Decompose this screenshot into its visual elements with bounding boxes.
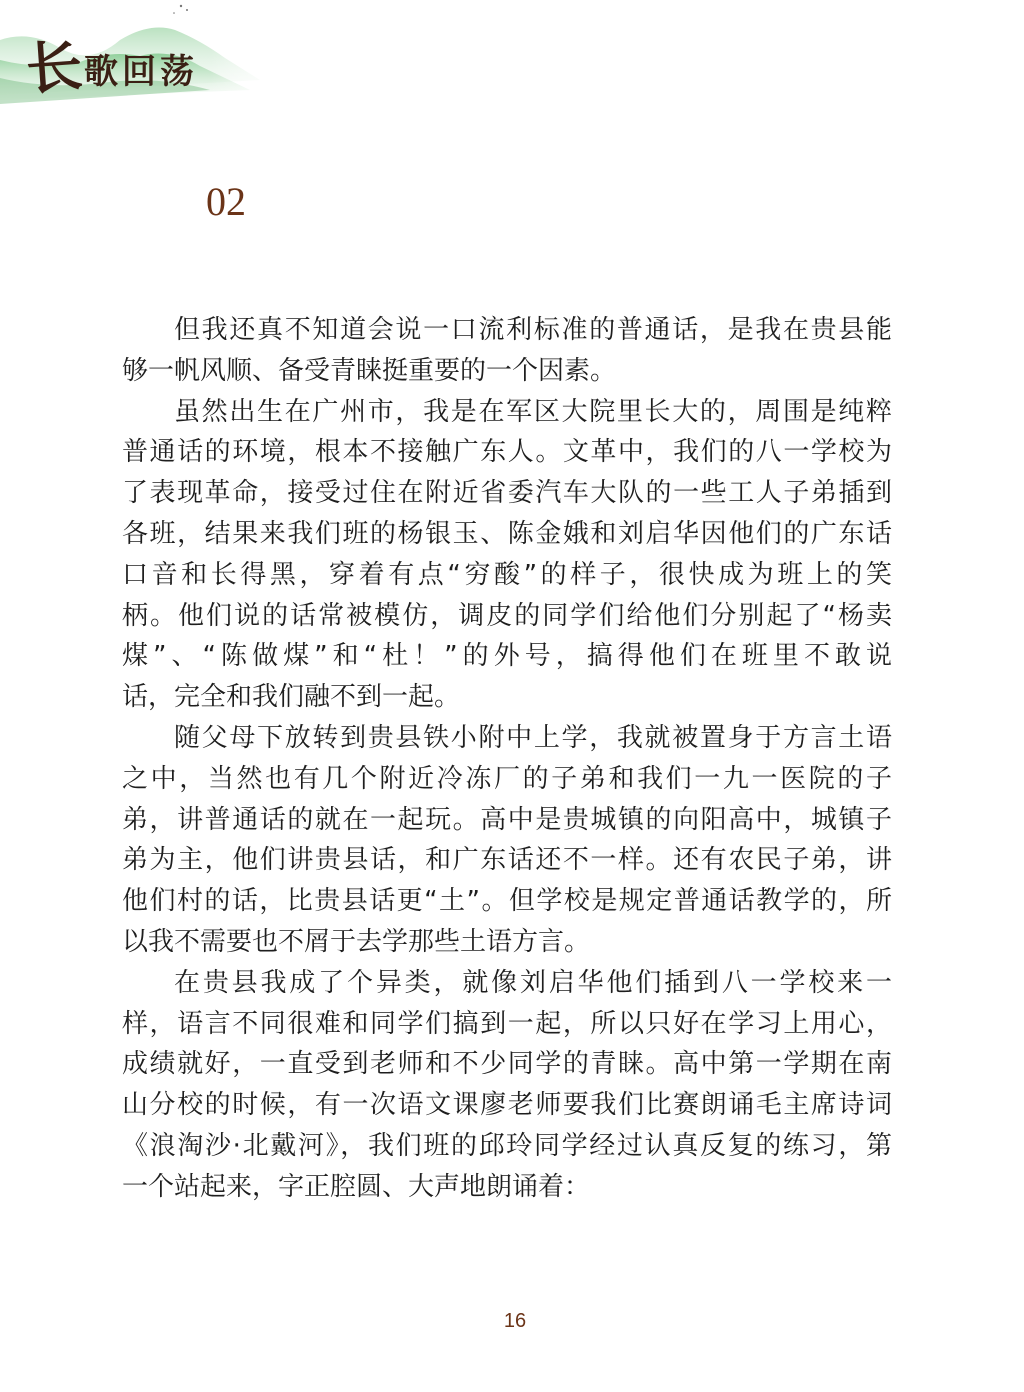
text-line: 煤”、“陈做煤”和“杜！”的外号，搞得他们在班里不敢说 (122, 636, 892, 677)
book-title: 长歌回荡 (26, 24, 198, 104)
body-text: 但我还真不知道会说一口流利标准的普通话，是我在贵县能 够一帆风顺、备受青睐挺重要… (122, 310, 892, 1208)
paragraph: 但我还真不知道会说一口流利标准的普通话，是我在贵县能 够一帆风顺、备受青睐挺重要… (122, 310, 892, 392)
text-line: 他们村的话，比贵县话更“土”。但学校是规定普通话教学的，所 (122, 881, 892, 922)
page-number: 16 (0, 1310, 1024, 1333)
text-line: 各班，结果来我们班的杨银玉、陈金娥和刘启华因他们的广东话 (122, 514, 892, 555)
chapter-number: 02 (206, 178, 246, 225)
book-title-first-char: 长 (23, 22, 84, 106)
paragraph: 随父母下放转到贵县铁小附中上学，我就被置身于方言土语 之中，当然也有几个附近冷冻… (122, 718, 892, 963)
text-line: 之中，当然也有几个附近冷冻厂的子弟和我们一九一医院的子 (122, 759, 892, 800)
text-line: 随父母下放转到贵县铁小附中上学，我就被置身于方言土语 (122, 718, 892, 759)
paragraph: 在贵县我成了个异类，就像刘启华他们插到八一学校来一 样，语言不同很难和同学们搞到… (122, 963, 892, 1208)
text-line: 山分校的时候，有一次语文课廖老师要我们比赛朗诵毛主席诗词 (122, 1085, 892, 1126)
text-line: 口音和长得黑，穿着有点“穷酸”的样子，很快成为班上的笑 (122, 555, 892, 596)
text-line: 弟，讲普通话的就在一起玩。高中是贵城镇的向阳高中，城镇子 (122, 800, 892, 841)
text-line: 话，完全和我们融不到一起。 (122, 677, 892, 718)
text-line: 虽然出生在广州市，我是在军区大院里长大的，周围是纯粹 (122, 392, 892, 433)
text-line: 一个站起来，字正腔圆、大声地朗诵着： (122, 1167, 892, 1208)
text-line: 《浪淘沙·北戴河》，我们班的邱玲同学经过认真反复的练习，第 (122, 1126, 892, 1167)
text-line: 在贵县我成了个异类，就像刘启华他们插到八一学校来一 (122, 963, 892, 1004)
book-title-rest: 歌回荡 (84, 52, 198, 92)
text-line: 样，语言不同很难和同学们搞到一起，所以只好在学习上用心， (122, 1004, 892, 1045)
text-line: 成绩就好，一直受到老师和不少同学的青睐。高中第一学期在南 (122, 1044, 892, 1085)
text-line: 够一帆风顺、备受青睐挺重要的一个因素。 (122, 351, 892, 392)
paragraph: 虽然出生在广州市，我是在军区大院里长大的，周围是纯粹 普通话的环境，根本不接触广… (122, 392, 892, 718)
text-line: 弟为主，他们讲贵县话，和广东话还不一样。还有农民子弟，讲 (122, 840, 892, 881)
text-line: 但我还真不知道会说一口流利标准的普通话，是我在贵县能 (122, 310, 892, 351)
text-line: 以我不需要也不屑于去学那些土语方言。 (122, 922, 892, 963)
text-line: 了表现革命，接受过住在附近省委汽车大队的一些工人子弟插到 (122, 473, 892, 514)
text-line: 普通话的环境，根本不接触广东人。文革中，我们的八一学校为 (122, 432, 892, 473)
text-line: 柄。他们说的话常被模仿，调皮的同学们给他们分别起了“杨卖 (122, 596, 892, 637)
